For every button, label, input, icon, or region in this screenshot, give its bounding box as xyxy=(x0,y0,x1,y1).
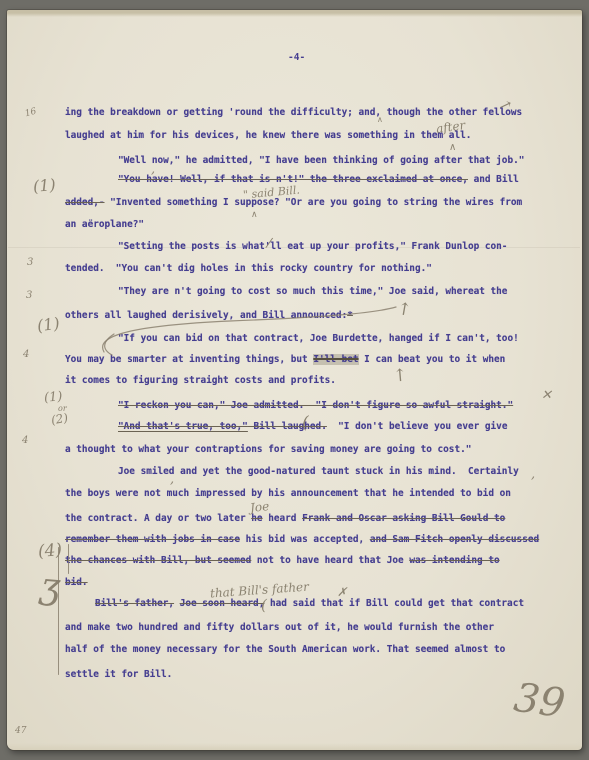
typed-text: "Invented something I suppose? "Or are y… xyxy=(105,197,523,208)
handwritten-annotation: , xyxy=(531,467,535,482)
typed-line: "They are n't going to cost so much this… xyxy=(118,286,507,298)
typed-text: not to have heard that Joe xyxy=(251,555,409,566)
typed-text: his bid was accepted, xyxy=(240,534,370,545)
struck-text: "I reckon you can," Joe admitted. "I don… xyxy=(118,400,513,411)
handwritten-annotation: ( xyxy=(302,413,309,433)
typed-text: heard xyxy=(263,513,303,524)
handwritten-annotation: ✕ xyxy=(541,388,552,403)
handwritten-annotation: ↑ xyxy=(392,365,408,386)
typed-text: and Bill xyxy=(468,174,519,185)
handwritten-annotation: 4 xyxy=(23,349,29,360)
struck-text: the chances with Bill, but seemed xyxy=(65,555,251,566)
typed-line: a thought to what your contraptions for … xyxy=(65,444,471,456)
typed-line: settle it for Bill. xyxy=(65,669,172,681)
handwritten-annotation: , xyxy=(170,472,174,487)
typed-text: Joe smiled and yet the good-natured taun… xyxy=(118,466,519,477)
typed-line: and make two hundred and fifty dollars o… xyxy=(65,622,494,634)
typed-text: it comes to figuring straight costs and … xyxy=(65,375,336,386)
typed-line: the contract. A day or two later he hear… xyxy=(65,513,505,525)
struck-text: and Sam Fitch openly discussed xyxy=(370,534,539,545)
typed-line: "And that's true, too," Bill laughed. "I… xyxy=(118,421,507,433)
typed-text: "Well now," he admitted, "I have been th… xyxy=(118,155,524,166)
handwritten-annotation: 3 xyxy=(27,257,33,268)
typed-text: settle it for Bill. xyxy=(65,669,172,680)
typed-line: "If you can bid on that contract, Joe Bu… xyxy=(118,333,519,345)
typed-line: "You have! Well, if that is n't!" the th… xyxy=(118,174,519,186)
struck-text: "And that's true, too," xyxy=(118,421,248,432)
typed-line: Joe smiled and yet the good-natured taun… xyxy=(118,466,519,478)
typed-text: laughed at him for his devices, he knew … xyxy=(65,130,471,141)
struck-text: Frank and Oscar asking Bill Gould to xyxy=(302,513,505,524)
typed-text: a thought to what your contraptions for … xyxy=(65,444,471,455)
struck-text: I'll bet xyxy=(313,354,358,365)
typed-text: the boys were not much impressed by his … xyxy=(65,488,511,499)
page-number: -4- xyxy=(288,52,305,63)
typed-text: "I don't believe you ever give xyxy=(327,421,508,432)
struck-text: was intending to xyxy=(409,555,499,566)
typed-line: the chances with Bill, but seemed not to… xyxy=(65,555,500,567)
struck-text: remember them with jobs in case xyxy=(65,534,240,545)
typed-text: an aëroplane?" xyxy=(65,219,144,230)
typed-line: the boys were not much impressed by his … xyxy=(65,488,511,500)
handwritten-annotation: 39 xyxy=(511,675,568,728)
handwritten-annotation: (2) xyxy=(50,411,69,428)
typed-line: others all laughed derisively, and Bill … xyxy=(65,310,353,322)
typed-line: an aëroplane?" xyxy=(65,219,144,231)
typed-text: "Setting the posts is what'll eat up you… xyxy=(118,241,507,252)
handwritten-annotation: , xyxy=(151,162,155,177)
struck-text: added,- xyxy=(65,197,105,208)
typed-text: tended. "You can't dig holes in this roc… xyxy=(65,263,432,274)
typed-line: remember them with jobs in case his bid … xyxy=(65,534,539,546)
handwritten-annotation: 47 xyxy=(15,726,26,736)
manuscript-page: -4- ing the breakdown or getting 'round … xyxy=(0,0,589,760)
typed-text: "If you can bid on that contract, Joe Bu… xyxy=(118,333,519,344)
typed-line: "I reckon you can," Joe admitted. "I don… xyxy=(118,400,513,412)
typed-text: ing the breakdown or getting 'round the … xyxy=(65,107,522,118)
typed-line: added,- "Invented something I suppose? "… xyxy=(65,197,522,209)
typed-line: it comes to figuring straight costs and … xyxy=(65,375,336,387)
typed-line: "Well now," he admitted, "I have been th… xyxy=(118,155,524,167)
struck-text: Bill laughed. xyxy=(248,421,327,432)
typed-text: "They are n't going to cost so much this… xyxy=(118,286,507,297)
typed-text: others all laughed derisively, and Bill … xyxy=(65,310,347,321)
handwritten-annotation: ∧ xyxy=(377,115,383,124)
typed-text: the contract. A day or two later xyxy=(65,513,251,524)
typed-line: tended. "You can't dig holes in this roc… xyxy=(65,263,432,275)
typed-line: "Setting the posts is what'll eat up you… xyxy=(118,241,507,253)
typed-text: You may be smarter at inventing things, … xyxy=(65,354,313,365)
typed-line: laughed at him for his devices, he knew … xyxy=(65,130,471,142)
typed-text: half of the money necessary for the Sout… xyxy=(65,644,505,655)
typed-line: Bill's father, Joe soon heard, had said … xyxy=(95,598,524,610)
struck-text: Joe soon heard, xyxy=(180,598,265,609)
handwritten-annotation: 3 xyxy=(26,290,32,301)
typed-line: ing the breakdown or getting 'round the … xyxy=(65,107,522,119)
handwritten-annotation: ( xyxy=(261,596,267,614)
handwritten-annotation: ∧ xyxy=(251,210,258,220)
handwritten-annotation: (1) xyxy=(36,314,61,336)
handwritten-annotation: (4) xyxy=(37,540,63,562)
typed-text: had said that if Bill could get that con… xyxy=(264,598,524,609)
typed-line: bid. xyxy=(65,577,88,589)
typed-line: You may be smarter at inventing things, … xyxy=(65,354,505,366)
handwritten-annotation: ∧ xyxy=(449,142,456,153)
struck-text: Bill's father, xyxy=(95,598,174,609)
typed-text: and make two hundred and fifty dollars o… xyxy=(65,622,494,633)
handwritten-annotation: 4 xyxy=(22,435,28,446)
handwritten-annotation: Joe xyxy=(249,499,269,515)
typed-text: I can beat you to it when xyxy=(359,354,506,365)
struck-text: * xyxy=(347,310,353,321)
handwritten-annotation: (1) xyxy=(32,175,56,196)
handwritten-annotation: ✗ xyxy=(337,585,347,599)
struck-text: bid. xyxy=(65,577,88,588)
typed-line: half of the money necessary for the Sout… xyxy=(65,644,505,656)
